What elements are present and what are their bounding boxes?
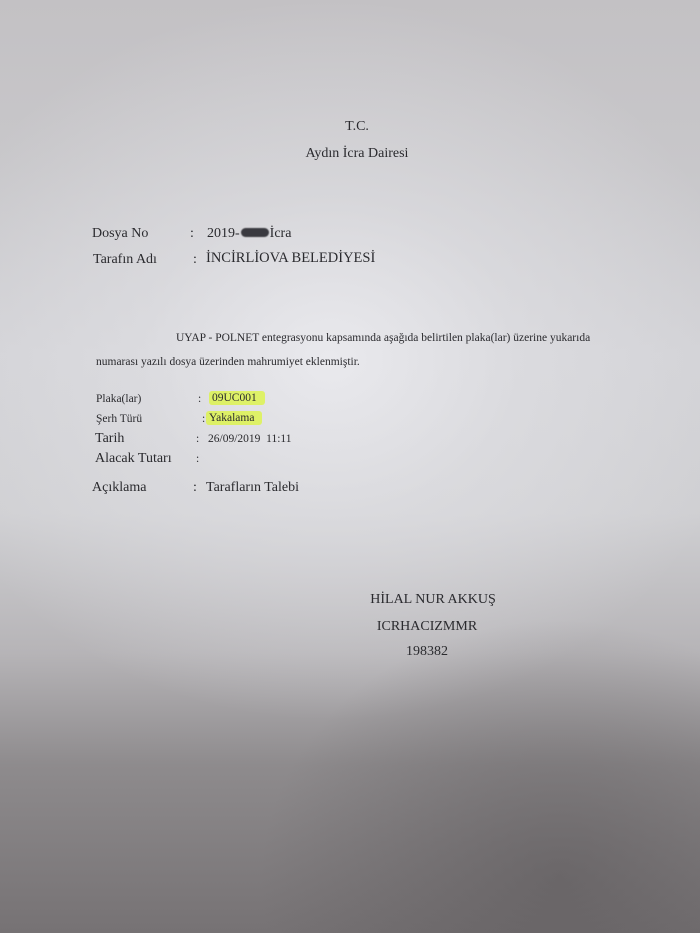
tarih-value: 26/09/2019 11:11 [208,433,291,445]
aciklama-separator: : [193,480,197,496]
alacak-label: Alacak Tutarı [95,451,172,467]
aciklama-label: Açıklama [92,480,146,496]
dosya-no-prefix: 2019- [207,226,240,241]
tarih-label: Tarih [95,431,124,447]
header-office: Aydın İcra Dairesi [0,146,700,162]
dosya-no-value: 2019-İcra [207,226,291,242]
dosya-no-suffix: İcra [270,226,292,241]
taraf-separator: : [193,252,197,268]
serh-value: Yakalama [206,412,262,424]
aciklama-value: Tarafların Talebi [206,480,299,496]
plaka-value: 09UC001 [209,392,265,404]
header-tc: T.C. [0,119,700,135]
taraf-value: İNCİRLİOVA BELEDİYESİ [206,250,375,267]
dosya-no-separator: : [190,226,194,242]
tarih-separator: : [196,433,199,445]
signatory-number: 198382 [327,644,527,660]
plaka-separator: : [198,393,201,405]
redacted-number [241,228,269,237]
body-line-1: UYAP - POLNET entegrasyonu kapsamında aş… [176,332,590,344]
signatory-name: HİLAL NUR AKKUŞ [333,592,533,608]
plaka-label: Plaka(lar) [96,393,141,405]
signatory-title: ICRHACIZMMR [327,619,527,635]
taraf-label: Tarafın Adı [93,252,157,268]
dosya-no-label: Dosya No [92,226,148,242]
plaka-highlight: 09UC001 [209,391,265,405]
body-line-2: numarası yazılı dosya üzerinden mahrumiy… [96,356,360,368]
alacak-separator: : [196,453,199,465]
serh-highlight: Yakalama [206,411,262,425]
serh-label: Şerh Türü [96,413,142,425]
serh-separator: : [202,413,205,425]
